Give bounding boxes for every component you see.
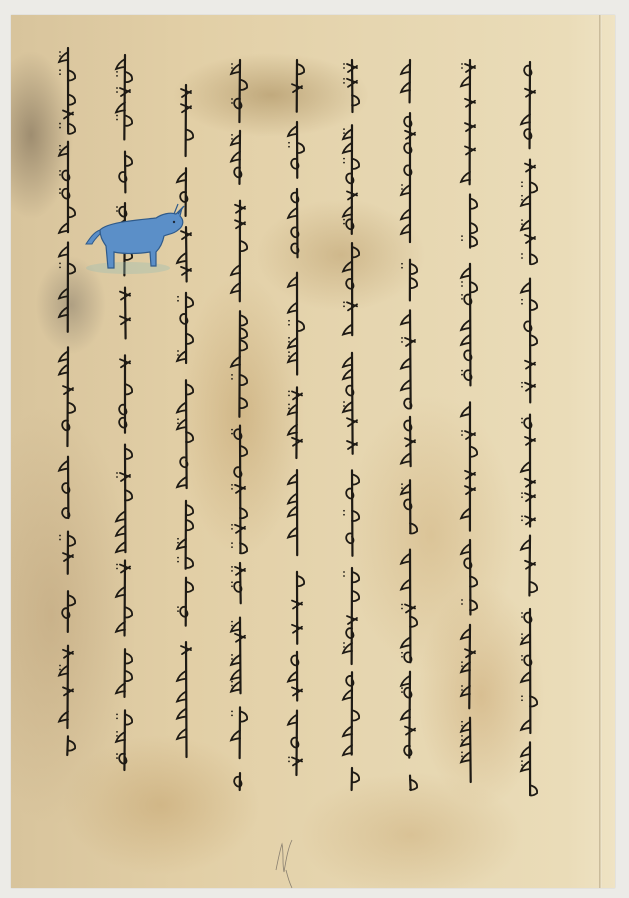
- script-column: [59, 48, 75, 755]
- blue-ox-illustration: [78, 200, 188, 280]
- script-column: [288, 60, 304, 775]
- script-column: [177, 85, 193, 757]
- script-column: [231, 60, 247, 790]
- script-column: [343, 60, 359, 790]
- mongolian-script-columns: [0, 0, 629, 898]
- script-column: [116, 55, 132, 770]
- script-column: [401, 60, 417, 790]
- pencil-mark: [272, 830, 302, 890]
- script-column: [461, 60, 477, 782]
- script-column: [521, 62, 537, 795]
